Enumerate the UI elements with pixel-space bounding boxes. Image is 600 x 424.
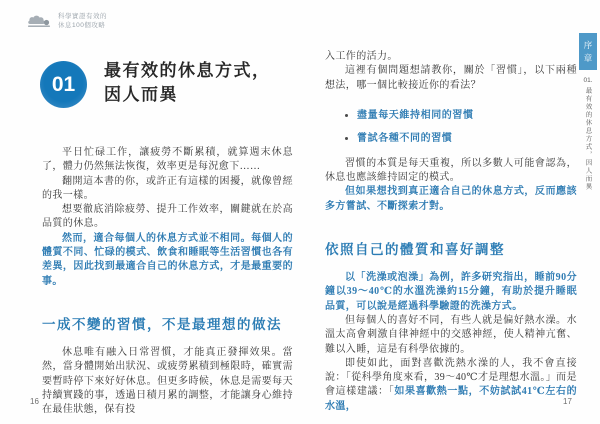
paragraph: 習慣的本質是每天重複，所以多數人可能會認為，休息也應該維持固定的模式。 [325,157,577,186]
paragraph: 翻開這本書的你，或許正有這樣的困擾，就像曾經的我一樣。 [42,175,293,204]
resting-figure-icon [27,11,53,30]
bullet-text: 盡量每天維持相同的習慣 [357,104,474,127]
paragraph: 想要徹底消除疲勞、提升工作效率，關鍵就在於高品質的休息。 [42,203,293,232]
bullet-dot-icon [345,137,348,140]
chapter-title: 最有效的休息方式， 因人而異 [104,59,271,107]
bullet-text: 嘗試各種不同的習慣 [357,127,452,150]
paragraph: 但每個人的喜好不同，有些人就是偏好熱水澡。水溫太高會刺激自律神經中的交感神經，使… [325,314,577,357]
habit-options-list: 盡量每天維持相同的習慣 嘗試各種不同的習慣 [325,104,577,150]
book-title: 科學實證有效的 休息100個攻略 [58,12,107,30]
section-tab-chapter-ref: 01. 最有效的休息方式，因人而異 [583,77,592,191]
tab-chapter-title: 最有效的休息方式，因人而異 [583,87,592,191]
right-page-body: 入工作的活力。 這裡有個問題想請教你，關於「習慣」，以下兩種想法，哪一個比較接近… [325,50,577,414]
book-title-line1: 科學實證有效的 [58,12,107,21]
highlighted-paragraph: 以「洗澡或泡澡」為例，許多研究指出，睡前90分鐘以39～40℃的水溫洗澡約15分… [325,271,577,314]
page-number-right: 17 [563,397,572,406]
page-number-left: 16 [30,397,39,406]
chapter-title-line1: 最有效的休息方式， [104,61,271,80]
section-tab-char1: 序 [584,39,593,52]
paragraph: 這裡有個問題想請教你，關於「習慣」，以下兩種想法，哪一個比較接近你的看法？ [325,64,577,93]
chapter-head: 01 最有效的休息方式， 因人而異 [40,59,271,108]
section-tab-label: 序 章 [579,33,597,70]
tab-chapter-number: 01. [583,77,592,84]
list-item: 嘗試各種不同的習慣 [345,127,577,150]
highlighted-paragraph: 然而，適合每個人的休息方式並不相同。每個人的體質不同、忙碌的模式、飲食和睡眠等生… [42,232,293,289]
book-spread: 科學實證有效的 休息100個攻略 01 最有效的休息方式， 因人而異 平日忙碌工… [0,0,600,424]
section-heading-right: 依照自己的體質和喜好調整 [325,238,577,258]
chapter-number: 01 [52,73,75,97]
paragraph: 休息唯有融入日常習慣，才能真正發揮效果。當然，當身體開始出狀況、或疲勞累積到極限… [42,346,293,417]
mixed-paragraph: 即使如此，面對喜歡洗熱水澡的人，我不會直接說：「從科學角度來看，39～40℃才是… [325,357,577,414]
book-title-line2: 休息100個攻略 [58,21,107,30]
bullet-dot-icon [345,114,348,117]
chapter-number-badge: 01 [40,61,87,108]
section-tab: 序 章 01. 最有效的休息方式，因人而異 [579,33,597,191]
section-tab-char2: 章 [584,52,593,65]
paragraph: 平日忙碌工作，讓疲勞不斷累積，就算週末休息了，體力仍然無法恢復，效率更是每況愈下… [42,146,293,175]
book-header: 科學實證有效的 休息100個攻略 [27,11,107,30]
paragraph-continuation: 入工作的活力。 [325,50,577,64]
list-item: 盡量每天維持相同的習慣 [345,104,577,127]
section-heading-left: 一成不變的習慣，不是最理想的做法 [42,313,293,333]
chapter-title-line2: 因人而異 [104,85,178,104]
left-page-body: 平日忙碌工作，讓疲勞不斷累積，就算週末休息了，體力仍然無法恢復，效率更是每況愈下… [42,146,293,417]
highlighted-paragraph: 但如果想找到真正適合自己的休息方式，反而應該多方嘗試、不斷探索才對。 [325,185,577,214]
